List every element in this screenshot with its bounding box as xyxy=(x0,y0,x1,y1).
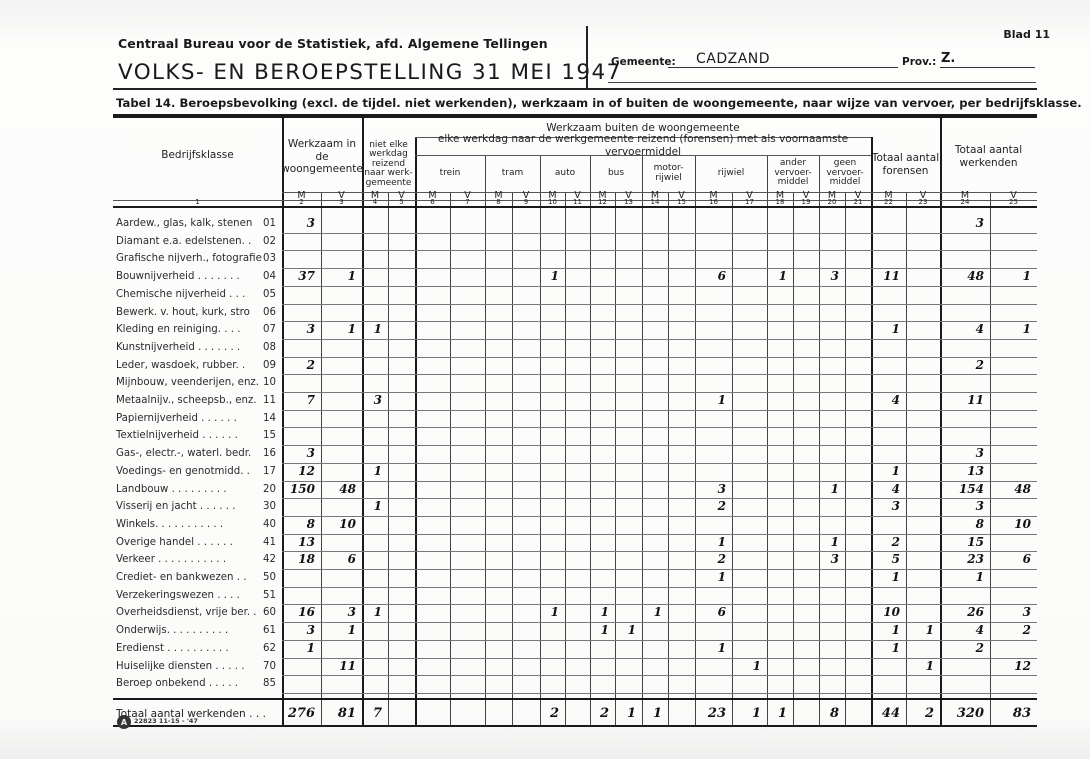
table-cell-value: 1 xyxy=(732,659,761,673)
row-label: Grafische nijverh., fotografie03 xyxy=(116,253,276,264)
grid-line xyxy=(388,192,389,725)
industry-code: 05 xyxy=(263,289,276,300)
column-header-totaal-forensen: Totaal aantal forensen xyxy=(871,137,940,192)
industry-name: Overige handel . . . . . . xyxy=(116,537,233,548)
column-number: 20 xyxy=(819,200,845,206)
table-cell-value: 1 xyxy=(362,322,382,336)
total-cell-value: 44 xyxy=(871,706,900,721)
industry-name: Chemische nijverheid . . . xyxy=(116,289,245,300)
grid-line xyxy=(940,118,942,725)
publisher-logo-icon: A xyxy=(117,715,131,729)
grid-line xyxy=(282,516,1037,517)
column-sex-label: M xyxy=(485,192,512,200)
column-number: 6 xyxy=(415,200,450,206)
row-label: Visserij en jacht . . . . . .30 xyxy=(116,501,276,512)
industry-name: Onderwijs. . . . . . . . . . xyxy=(116,625,228,636)
table-cell-value: 8 xyxy=(940,517,984,531)
grid-line xyxy=(113,698,1037,700)
row-label: Kunstnijverheid . . . . . . .08 xyxy=(116,342,276,353)
grid-line xyxy=(282,392,1037,393)
industry-code: 04 xyxy=(263,271,276,282)
table-cell-value: 3 xyxy=(871,499,900,513)
form-print-code: 22823 11-15 - '47 xyxy=(134,717,198,725)
column-number: 8 xyxy=(485,200,512,206)
table-cell-value: 1 xyxy=(540,269,559,283)
industry-code: 61 xyxy=(263,625,276,636)
total-cell-value: 1 xyxy=(732,706,761,721)
grid-line xyxy=(819,155,820,725)
column-sex-label: M xyxy=(871,192,906,200)
row-label: Eredienst . . . . . . . . . .62 xyxy=(116,643,276,654)
table-title: Tabel 14. Beroepsbevolking (excl. de tij… xyxy=(116,96,1082,110)
table-cell-value: 2 xyxy=(695,552,726,566)
table-cell-value: 6 xyxy=(695,605,726,619)
industry-name: Beroep onbekend . . . . . xyxy=(116,678,238,689)
table-cell-value: 1 xyxy=(642,605,662,619)
table-cell-value: 1 xyxy=(819,535,839,549)
industry-code: 02 xyxy=(263,236,276,247)
row-label: Textielnijverheid . . . . . .15 xyxy=(116,430,276,441)
column-header-ander: ander vervoer-middel xyxy=(767,155,819,192)
column-number: 21 xyxy=(845,200,871,206)
grid-line xyxy=(282,321,1037,322)
table-cell-value: 1 xyxy=(362,464,382,478)
column-sex-label: V xyxy=(793,192,819,200)
grid-line xyxy=(282,587,1037,588)
table-cell-value: 1 xyxy=(767,269,787,283)
grid-line xyxy=(793,192,794,725)
table-cell-value: 1 xyxy=(990,269,1031,283)
table-cell-value: 3 xyxy=(321,605,356,619)
industry-code: 40 xyxy=(263,519,276,530)
row-label: Aardew., glas, kalk, stenen01 xyxy=(116,218,276,229)
table-cell-value: 10 xyxy=(990,517,1031,531)
industry-name: Gas-, electr.-, waterl. bedr. xyxy=(116,448,251,459)
column-header-motorrijwiel: motor-rijwiel xyxy=(642,155,695,192)
row-label: Kleding en reiniging. . . .07 xyxy=(116,324,276,335)
table-cell-value: 1 xyxy=(695,393,726,407)
grid-line xyxy=(845,192,846,725)
grid-line xyxy=(282,463,1037,464)
grid-line xyxy=(282,498,1037,499)
row-label: Beroep onbekend . . . . .85 xyxy=(116,678,276,689)
table-cell-value: 1 xyxy=(871,464,900,478)
table-cell-value: 1 xyxy=(871,570,900,584)
table-cell-value: 1 xyxy=(940,570,984,584)
column-number: 16 xyxy=(695,200,732,206)
row-label: Winkels. . . . . . . . . . .40 xyxy=(116,519,276,530)
industry-code: 16 xyxy=(263,448,276,459)
row-label: Voedings- en genotmidd. .17 xyxy=(116,466,276,477)
row-label: Papiernijverheid . . . . . .14 xyxy=(116,413,276,424)
table-cell-value: 4 xyxy=(871,393,900,407)
industry-name: Aardew., glas, kalk, stenen xyxy=(116,218,252,229)
table-cell-value: 1 xyxy=(540,605,559,619)
industry-code: 15 xyxy=(263,430,276,441)
column-number: 10 xyxy=(540,200,565,206)
row-label: Metaalnijv., scheepsb., enz.11 xyxy=(116,395,276,406)
table-cell-value: 48 xyxy=(990,482,1031,496)
column-sex-label: M xyxy=(282,192,321,200)
table-cell-value: 48 xyxy=(940,269,984,283)
table-cell-value: 1 xyxy=(282,641,315,655)
column-header-geen: geen vervoer-middel xyxy=(819,155,871,192)
column-number: 13 xyxy=(615,200,642,206)
total-cell-value: 2 xyxy=(540,706,559,721)
table-cell-value: 1 xyxy=(990,322,1031,336)
total-cell-value: 81 xyxy=(321,706,356,721)
industry-code: 20 xyxy=(263,484,276,495)
table-cell-value: 1 xyxy=(362,605,382,619)
column-number: 22 xyxy=(871,200,906,206)
column-header-totaal-werkenden: Totaal aantal werkenden xyxy=(940,122,1037,192)
table-cell-value: 1 xyxy=(871,623,900,637)
grid-line xyxy=(282,427,1037,428)
column-header-rijwiel: rijwiel xyxy=(695,155,767,192)
table-cell-value: 11 xyxy=(871,269,900,283)
column-sex-label: V xyxy=(388,192,415,200)
grid-line xyxy=(282,286,1037,287)
row-label: Overige handel . . . . . .41 xyxy=(116,537,276,548)
sheet-number: Blad 11 xyxy=(1003,28,1050,41)
column-sex-label: V xyxy=(990,192,1037,200)
table-cell-value: 2 xyxy=(282,358,315,372)
row-label: Bewerk. v. hout, kurk, stro06 xyxy=(116,307,276,318)
table-cell-value: 4 xyxy=(940,623,984,637)
grid-line xyxy=(282,604,1037,605)
column-sex-label: V xyxy=(845,192,871,200)
grid-line xyxy=(512,192,513,725)
column-header-bus: bus xyxy=(590,155,642,192)
table-cell-value: 11 xyxy=(321,659,356,673)
table-cell-value: 2 xyxy=(940,641,984,655)
grid-line xyxy=(642,155,643,725)
grid-line xyxy=(485,155,486,725)
row-label: Mijnbouw, veenderijen, enz.10 xyxy=(116,377,276,388)
grid-line xyxy=(282,551,1037,552)
table-cell-value: 11 xyxy=(940,393,984,407)
grid-line xyxy=(282,622,1037,623)
row-label: Landbouw . . . . . . . . .20 xyxy=(116,484,276,495)
form-title: VOLKS- EN BEROEPSTELLING 31 MEI 1947 xyxy=(118,60,622,85)
census-form-sheet: Centraal Bureau voor de Statistiek, afd.… xyxy=(0,0,1090,759)
industry-code: 41 xyxy=(263,537,276,548)
column-number: 2 xyxy=(282,200,321,206)
industry-code: 03 xyxy=(263,253,276,264)
industry-code: 70 xyxy=(263,661,276,672)
table-cell-value: 4 xyxy=(871,482,900,496)
column-header-werkzaam-buiten: Werkzaam buiten de woongemeente xyxy=(415,119,871,137)
table-cell-value: 1 xyxy=(695,641,726,655)
table-cell-value: 3 xyxy=(940,499,984,513)
total-cell-value: 320 xyxy=(940,706,984,721)
column-number: 17 xyxy=(732,200,767,206)
column-number: 11 xyxy=(565,200,590,206)
total-cell-value: 83 xyxy=(990,706,1031,721)
province-underline xyxy=(940,67,1035,68)
grid-line xyxy=(282,233,1037,234)
grid-line xyxy=(282,374,1037,375)
grid-line xyxy=(282,250,1037,251)
industry-name: Verkeer . . . . . . . . . . . xyxy=(116,554,226,565)
column-sex-label: V xyxy=(512,192,540,200)
row-label: Huiselijke diensten . . . . .70 xyxy=(116,661,276,672)
grid-line xyxy=(668,192,669,725)
industry-code: 01 xyxy=(263,218,276,229)
table-cell-value: 3 xyxy=(940,216,984,230)
industry-name: Textielnijverheid . . . . . . xyxy=(116,430,238,441)
grid-line xyxy=(565,192,566,725)
column-number: 7 xyxy=(450,200,485,206)
industry-code: 42 xyxy=(263,554,276,565)
table-cell-value: 37 xyxy=(282,269,315,283)
industry-name: Kleding en reiniging. . . . xyxy=(116,324,240,335)
industry-name: Leder, wasdoek, rubber. . xyxy=(116,360,245,371)
table-cell-value: 3 xyxy=(282,623,315,637)
column-sex-label: V xyxy=(565,192,590,200)
industry-code: 08 xyxy=(263,342,276,353)
table-cell-value: 8 xyxy=(282,517,315,531)
industry-name: Eredienst . . . . . . . . . . xyxy=(116,643,229,654)
table-cell-value: 2 xyxy=(940,358,984,372)
grid-line xyxy=(282,640,1037,641)
column-sex-label: V xyxy=(450,192,485,200)
table-cell-value: 1 xyxy=(615,623,636,637)
total-cell-value: 276 xyxy=(282,706,315,721)
total-cell-value: 1 xyxy=(767,706,787,721)
column-number: 9 xyxy=(512,200,540,206)
grid-line xyxy=(695,155,696,725)
column-sex-label: V xyxy=(321,192,362,200)
row-label: Gas-, electr.-, waterl. bedr.16 xyxy=(116,448,276,459)
industry-name: Landbouw . . . . . . . . . xyxy=(116,484,227,495)
table-cell-value: 18 xyxy=(282,552,315,566)
column-sex-label: M xyxy=(695,192,732,200)
table-cell-value: 48 xyxy=(321,482,356,496)
table-cell-value: 6 xyxy=(695,269,726,283)
municipality-underline xyxy=(668,67,898,68)
table-cell-value: 1 xyxy=(321,322,356,336)
industry-code: 62 xyxy=(263,643,276,654)
table-cell-value: 1 xyxy=(695,535,726,549)
column-number: 19 xyxy=(793,200,819,206)
grid-line xyxy=(871,137,873,725)
industry-name: Kunstnijverheid . . . . . . . xyxy=(116,342,240,353)
table-cell-value: 154 xyxy=(940,482,984,496)
industry-name: Winkels. . . . . . . . . . . xyxy=(116,519,223,530)
table-cell-value: 2 xyxy=(990,623,1031,637)
column-number: 12 xyxy=(590,200,615,206)
grid-line xyxy=(990,192,991,725)
grid-line xyxy=(113,206,1037,208)
row-label: Overheidsdienst, vrije ber. .60 xyxy=(116,607,276,618)
table-cell-value: 6 xyxy=(321,552,356,566)
column-header-tram: tram xyxy=(485,155,540,192)
industry-code: 10 xyxy=(263,377,276,388)
table-cell-value: 3 xyxy=(940,446,984,460)
table-cell-value: 3 xyxy=(819,552,839,566)
column-number: 25 xyxy=(990,200,1037,206)
column-number: 1 xyxy=(113,200,282,206)
grid-line xyxy=(767,155,768,725)
industry-code: 17 xyxy=(263,466,276,477)
table-cell-value: 3 xyxy=(362,393,382,407)
column-number: 15 xyxy=(668,200,695,206)
industry-code: 11 xyxy=(263,395,276,406)
grid-line xyxy=(415,137,871,138)
table-cell-value: 1 xyxy=(590,605,609,619)
industry-name: Verzekeringswezen . . . . xyxy=(116,590,240,601)
row-label: Diamant e.a. edelstenen. .02 xyxy=(116,236,276,247)
industry-name: Bewerk. v. hout, kurk, stro xyxy=(116,307,250,318)
grid-line xyxy=(282,304,1037,305)
header-divider xyxy=(586,26,588,88)
grid-line xyxy=(590,155,591,725)
table-cell-value: 1 xyxy=(819,482,839,496)
column-sex-label: V xyxy=(615,192,642,200)
column-sex-label: V xyxy=(732,192,767,200)
grid-line xyxy=(282,481,1037,482)
table-cell-value: 7 xyxy=(282,393,315,407)
row-label: Verzekeringswezen . . . .51 xyxy=(116,590,276,601)
industry-name: Visserij en jacht . . . . . . xyxy=(116,501,236,512)
table-cell-value: 1 xyxy=(590,623,609,637)
table-cell-value: 6 xyxy=(990,552,1031,566)
industry-name: Huiselijke diensten . . . . . xyxy=(116,661,245,672)
column-number: 18 xyxy=(767,200,793,206)
table-cell-value: 3 xyxy=(282,446,315,460)
table-cell-value: 1 xyxy=(695,570,726,584)
grid-line xyxy=(282,569,1037,570)
table-cell-value: 2 xyxy=(695,499,726,513)
row-label: Leder, wasdoek, rubber. .09 xyxy=(116,360,276,371)
grid-line xyxy=(282,675,1037,676)
column-number: 5 xyxy=(388,200,415,206)
column-header-bedrijfsklasse: Bedrijfsklasse xyxy=(113,118,282,192)
table-cell-value: 5 xyxy=(871,552,900,566)
industry-name: Overheidsdienst, vrije ber. . xyxy=(116,607,257,618)
row-label: Chemische nijverheid . . .05 xyxy=(116,289,276,300)
column-number: 3 xyxy=(321,200,362,206)
grid-line xyxy=(282,410,1037,411)
industry-name: Metaalnijv., scheepsb., enz. xyxy=(116,395,257,406)
grid-line xyxy=(615,192,616,725)
grid-line xyxy=(282,192,1037,193)
table-cell-value: 3 xyxy=(695,482,726,496)
table-cell-value: 1 xyxy=(906,623,934,637)
table-cell-value: 12 xyxy=(990,659,1031,673)
industry-code: 07 xyxy=(263,324,276,335)
municipality-label: Gemeente: xyxy=(611,56,676,68)
table-cell-value: 4 xyxy=(940,322,984,336)
industry-name: Papiernijverheid . . . . . . xyxy=(116,413,237,424)
column-sex-label: M xyxy=(540,192,565,200)
industry-name: Mijnbouw, veenderijen, enz. xyxy=(116,377,259,388)
table-cell-value: 1 xyxy=(906,659,934,673)
column-sex-label: V xyxy=(668,192,695,200)
column-header-trein: trein xyxy=(415,155,485,192)
column-header-elke-werkdag: elke werkdag naar de werkgemeente reizen… xyxy=(415,137,871,155)
industry-code: 50 xyxy=(263,572,276,583)
organization-name: Centraal Bureau voor de Statistiek, afd.… xyxy=(118,36,548,51)
total-cell-value: 23 xyxy=(695,706,726,721)
table-cell-value: 3 xyxy=(282,216,315,230)
table-top-rule xyxy=(113,114,1037,118)
industry-name: Grafische nijverh., fotografie xyxy=(116,253,262,264)
total-cell-value: 2 xyxy=(590,706,609,721)
table-cell-value: 2 xyxy=(871,535,900,549)
total-cell-value: 7 xyxy=(362,706,382,721)
grid-line xyxy=(906,192,907,725)
column-sex-label: M xyxy=(819,192,845,200)
grid-line xyxy=(282,445,1037,446)
row-label: Bouwnijverheid . . . . . . .04 xyxy=(116,271,276,282)
total-cell-value: 1 xyxy=(615,706,636,721)
table-cell-value: 1 xyxy=(321,623,356,637)
industry-name: Diamant e.a. edelstenen. . xyxy=(116,236,251,247)
table-cell-value: 10 xyxy=(321,517,356,531)
industry-code: 30 xyxy=(263,501,276,512)
column-number: 24 xyxy=(940,200,990,206)
table-cell-value: 15 xyxy=(940,535,984,549)
column-header-auto: auto xyxy=(540,155,590,192)
column-sex-label: M xyxy=(415,192,450,200)
row-label: Verkeer . . . . . . . . . . .42 xyxy=(116,554,276,565)
table-cell-value: 23 xyxy=(940,552,984,566)
grid-line xyxy=(113,725,1037,727)
table-cell-value: 13 xyxy=(940,464,984,478)
table-cell-value: 1 xyxy=(362,499,382,513)
table-cell-value: 1 xyxy=(321,269,356,283)
province-label: Prov.: xyxy=(902,56,936,68)
grid-line xyxy=(415,155,871,156)
total-cell-value: 2 xyxy=(906,706,934,721)
table-cell-value: 26 xyxy=(940,605,984,619)
grid-line xyxy=(732,192,733,725)
table-cell-value: 16 xyxy=(282,605,315,619)
total-cell-value: 1 xyxy=(642,706,662,721)
grid-line xyxy=(282,118,284,725)
province-value: Z. xyxy=(941,51,955,66)
column-sex-label: M xyxy=(642,192,668,200)
column-sex-label: M xyxy=(590,192,615,200)
column-sex-label: M xyxy=(767,192,793,200)
industry-name: Crediet- en bankwezen . . xyxy=(116,572,246,583)
column-header-werkzaam-in: Werkzaam in de woongemeente xyxy=(282,122,362,192)
table-cell-value: 12 xyxy=(282,464,315,478)
column-sex-label: M xyxy=(940,192,990,200)
header-extra-line xyxy=(608,82,1036,83)
industry-name: Voedings- en genotmidd. . xyxy=(116,466,250,477)
industry-code: 14 xyxy=(263,413,276,424)
grid-line xyxy=(282,534,1037,535)
row-label: Crediet- en bankwezen . .50 xyxy=(116,572,276,583)
table-cell-value: 3 xyxy=(282,322,315,336)
table-cell-value: 10 xyxy=(871,605,900,619)
grid-line xyxy=(415,137,417,725)
grid-line xyxy=(540,155,541,725)
column-number: 4 xyxy=(362,200,388,206)
header-rule xyxy=(113,88,1037,90)
grid-line xyxy=(282,693,1037,694)
column-number: 14 xyxy=(642,200,668,206)
column-number: 23 xyxy=(906,200,940,206)
table-cell-value: 150 xyxy=(282,482,315,496)
industry-name: Bouwnijverheid . . . . . . . xyxy=(116,271,240,282)
industry-code: 51 xyxy=(263,590,276,601)
table-cell-value: 1 xyxy=(871,641,900,655)
industry-code: 60 xyxy=(263,607,276,618)
